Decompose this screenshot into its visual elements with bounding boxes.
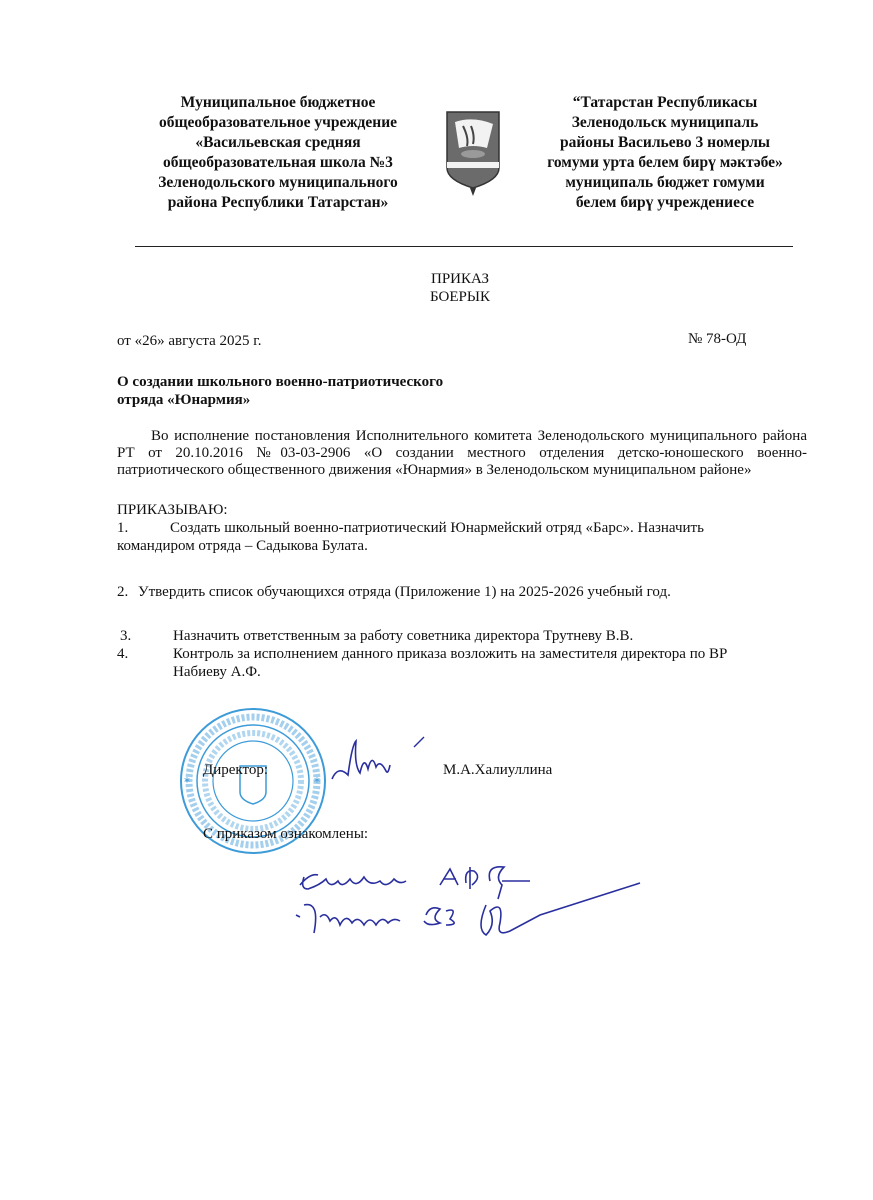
svg-text:*: * <box>184 775 190 789</box>
order-word: ПРИКАЗЫВАЮ: <box>117 502 228 519</box>
item-3-number: 3. <box>120 628 131 645</box>
acquainted-label: С приказом ознакомлены: <box>203 826 368 843</box>
org-name-russian: Муниципальное бюджетное общеобразователь… <box>128 93 428 213</box>
item-1-number: 1. <box>117 520 128 537</box>
document-title-ru: ПРИКАЗ <box>380 271 540 288</box>
subject-line-2: отряда «Юнармия» <box>117 392 250 409</box>
item-1-continuation: командиром отряда – Садыкова Булата. <box>117 538 368 555</box>
item-4-number: 4. <box>117 646 128 663</box>
director-label: Директор: <box>203 762 268 779</box>
coat-of-arms-icon <box>443 108 503 196</box>
document-number: № 78-ОД <box>688 331 746 348</box>
preamble-paragraph: Во исполнение постановления Исполнительн… <box>117 428 807 479</box>
item-4-continuation: Набиеву А.Ф. <box>173 664 261 681</box>
item-3-text: Назначить ответственным за работу советн… <box>173 628 633 645</box>
org-name-tatar: “Татарстан Республикасы Зеленодольск мун… <box>520 93 810 213</box>
item-2-number: 2. <box>117 584 128 601</box>
director-name: М.А.Халиуллина <box>443 762 552 779</box>
header-divider <box>135 246 793 247</box>
handwritten-acquaintance-signatures <box>290 855 670 955</box>
document-title-tt: БОЕРЫК <box>380 289 540 306</box>
item-4-text: Контроль за исполнением данного приказа … <box>173 646 727 663</box>
document-date: от «26» августа 2025 г. <box>117 333 262 350</box>
item-1-text: Создать школьный военно-патриотический Ю… <box>170 520 704 537</box>
svg-text:*: * <box>314 775 320 789</box>
director-signature <box>330 735 430 785</box>
item-2-text: Утвердить список обучающихся отряда (При… <box>138 584 671 601</box>
subject-line-1: О создании школьного военно-патриотическ… <box>117 374 443 391</box>
